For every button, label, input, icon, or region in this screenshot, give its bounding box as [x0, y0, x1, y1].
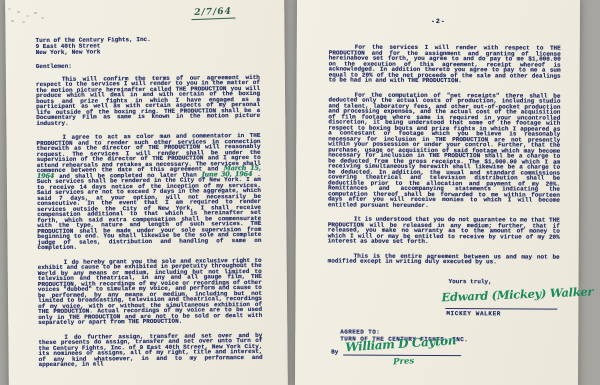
recipient-address: Turn of the Century Fights, Inc. 9 East … [36, 37, 151, 57]
page-number: -2- [297, 17, 580, 25]
closing-phrase: Yours truly, [449, 278, 492, 285]
letter-body-page-2: For the services I will render with resp… [328, 44, 561, 274]
paragraph-confirm-terms: This will confirm the terms of our agree… [36, 74, 260, 126]
paragraph-no-guarantee: It is understood that you do not guarant… [328, 216, 560, 245]
by-label: By [331, 348, 338, 355]
address-line-city: New York, New York [36, 49, 151, 56]
letter-page-1: 2/7/64 Turn of the Century Fights, Inc. … [5, 0, 288, 385]
signature-typed-name: MICKEY WALKER [446, 310, 501, 317]
paragraph-payment: For the services I will render with resp… [329, 44, 561, 84]
letter-page-2: -2- For the services I will render with … [295, 0, 580, 385]
paragraph-services: I agree to act as color man and commenta… [36, 133, 261, 251]
handwritten-date: 2/7/64 [191, 7, 235, 21]
paragraph-assignment: I do further assign, transfer and set ov… [38, 332, 262, 367]
paragraph-net-receipts: For the computation of "net receipts" th… [328, 92, 561, 209]
paragraph-entire-agreement: This is the entire agreement between us … [328, 253, 560, 265]
paragraph-services-text-3: . Such services shall be rendered in the… [37, 170, 262, 251]
letter-body-page-1: Gentlemen: This will confirm the terms o… [36, 62, 263, 377]
salutation: Gentlemen: [36, 62, 260, 70]
scanned-document: 2/7/64 Turn of the Century Fights, Inc. … [0, 0, 600, 385]
paragraph-exhibition-rights: I do hereby grant you the sole and exclu… [38, 257, 263, 325]
signer-title: Pres [393, 356, 415, 367]
scan-artifacts [8, 8, 11, 10]
walker-signature: Edward (Mickey) Walker [441, 285, 593, 305]
